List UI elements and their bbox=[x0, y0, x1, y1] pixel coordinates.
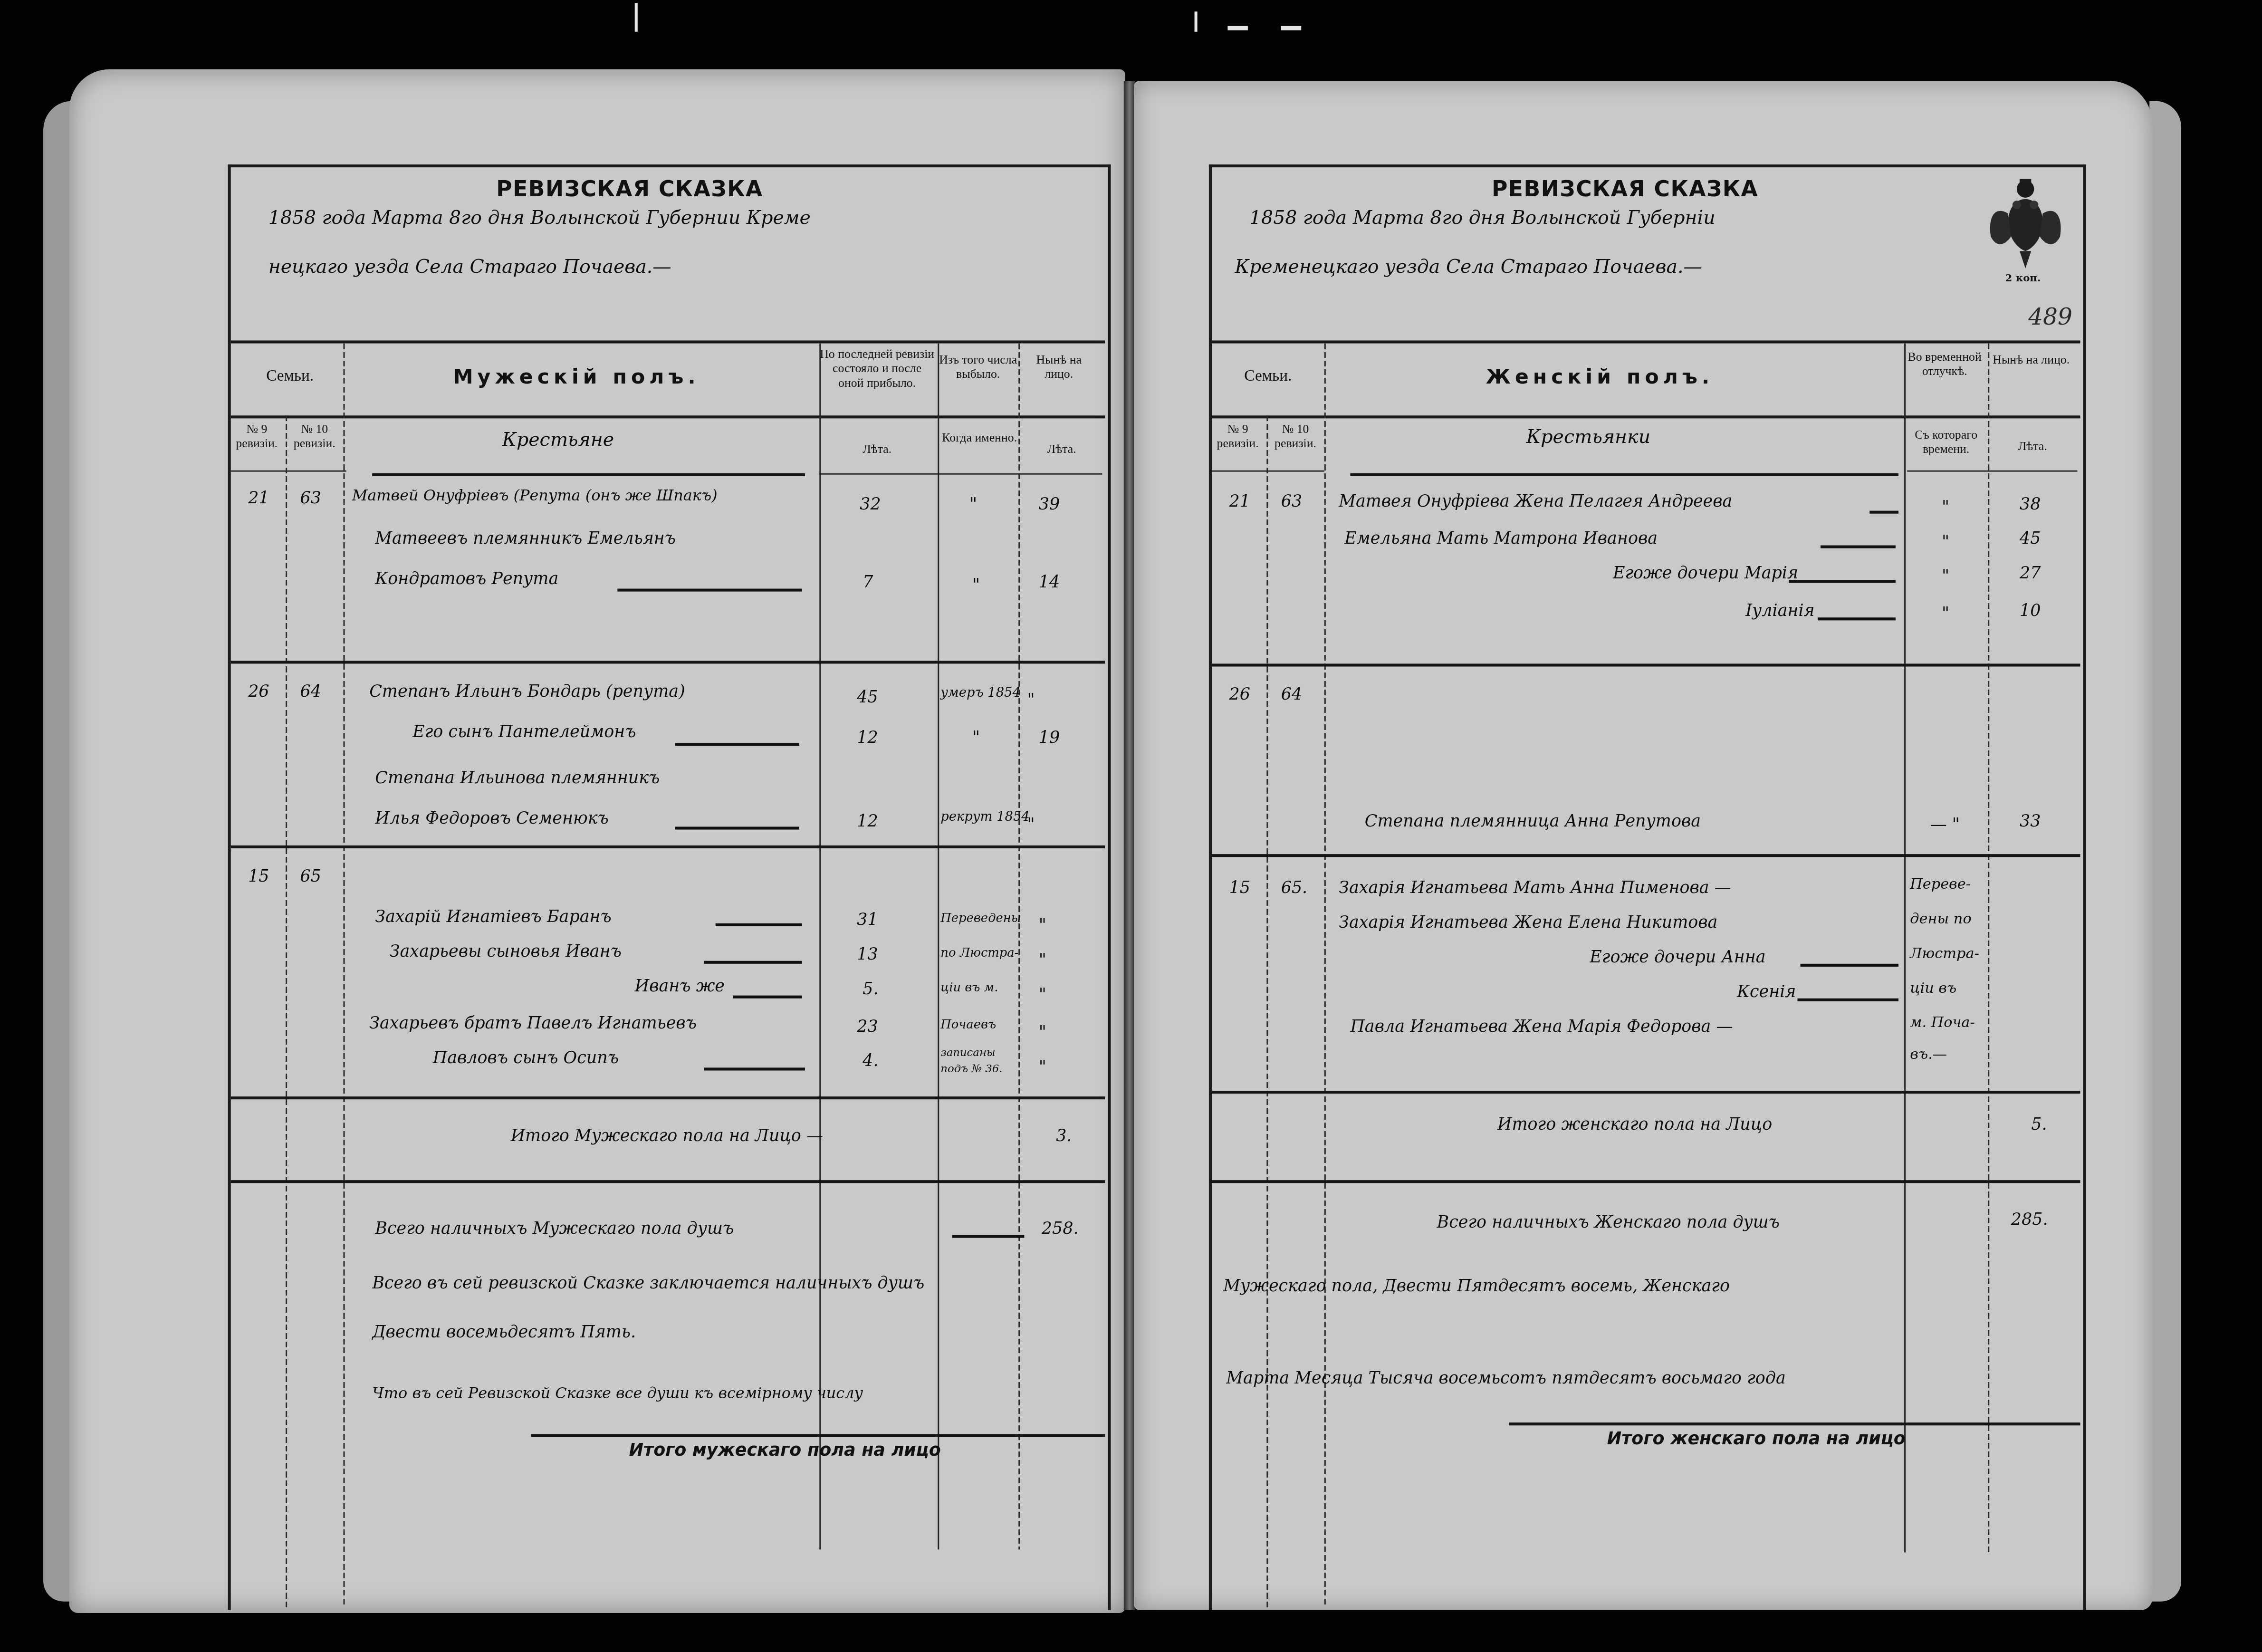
left-note: Почаевъ bbox=[940, 1018, 996, 1033]
fill-dash bbox=[733, 996, 802, 999]
family-no10: 65. bbox=[1281, 877, 1308, 897]
scan-ruler-mark bbox=[1195, 11, 1198, 31]
person-name: Степана племянница Анна Репутова bbox=[1365, 811, 1701, 831]
sub-years: Лѣта. bbox=[1996, 439, 2069, 453]
rule bbox=[231, 471, 346, 472]
subtotal-value: 5. bbox=[2031, 1114, 2047, 1134]
estate-label: Крестьяне bbox=[502, 430, 614, 452]
absence-note: ціи въ bbox=[1910, 981, 1956, 997]
left-count: " bbox=[972, 574, 980, 594]
total-value: 285. bbox=[2011, 1209, 2048, 1229]
rule bbox=[1509, 1422, 2080, 1425]
fill-dash bbox=[1797, 999, 1898, 1001]
rule bbox=[231, 415, 1105, 418]
col-divider bbox=[819, 343, 821, 1549]
rule bbox=[1212, 340, 2080, 343]
person-name: Eгоже дочери Марія bbox=[1613, 563, 1798, 583]
subtotal-value: 3. bbox=[1056, 1125, 1072, 1146]
age-prev: 13 bbox=[857, 943, 878, 963]
family-no9: 21 bbox=[248, 488, 269, 508]
absence-note: Переве- bbox=[1910, 877, 1971, 893]
family-no10: 63 bbox=[300, 488, 321, 508]
family-no10: 65 bbox=[300, 865, 321, 885]
col-divider bbox=[1988, 343, 1989, 1552]
present-age: " bbox=[1039, 1056, 1046, 1076]
rule bbox=[531, 1434, 1105, 1437]
col-divider bbox=[286, 415, 287, 1607]
col-divider bbox=[938, 343, 939, 1549]
imperial-eagle-stamp-icon bbox=[1982, 176, 2069, 271]
left-note: ціи въ м. bbox=[940, 981, 998, 995]
person-name: Ксенія bbox=[1737, 981, 1796, 1001]
absence: — " bbox=[1930, 814, 1960, 834]
sub-no9: № 9 ревизіи. bbox=[231, 421, 283, 450]
age-prev: 32 bbox=[860, 493, 881, 513]
age-prev: 7 bbox=[863, 571, 873, 591]
col-divider bbox=[1904, 343, 1906, 1552]
family-no9: 26 bbox=[248, 681, 269, 701]
header-line-1: 1858 года Марта 8го дня Волынской Губерн… bbox=[1249, 208, 1716, 230]
rule bbox=[819, 473, 1102, 475]
family-divider bbox=[231, 661, 1105, 663]
present-age: " bbox=[1039, 984, 1046, 1004]
col-divider bbox=[1324, 343, 1326, 1607]
person-name: Матвей Онуфріевъ (Репута (онъ же Шпакъ) bbox=[352, 488, 718, 505]
fill-dash bbox=[1789, 580, 1896, 583]
summary-line-2: Двести восемьдесятъ Пять. bbox=[372, 1322, 636, 1342]
fill-dash bbox=[1801, 964, 1898, 967]
left-note: по Люстра- bbox=[940, 946, 1018, 960]
absence: " bbox=[1942, 603, 1949, 623]
fill-dash bbox=[704, 1067, 805, 1070]
left-note: записаны подъ № 36. bbox=[940, 1045, 1018, 1076]
rule bbox=[1907, 471, 2077, 472]
right-page: РЕВИЗСКАЯ СКАЗКА 1858 года Марта 8го дня… bbox=[1134, 81, 2152, 1610]
col-divider bbox=[343, 343, 345, 1607]
age-prev: 12 bbox=[857, 811, 878, 831]
fill-dash bbox=[716, 923, 802, 926]
rule bbox=[231, 340, 1105, 343]
section-title-male: Мужескій полъ. bbox=[453, 366, 700, 390]
person-name: Захарьевъ братъ Павелъ Игнатьевъ bbox=[369, 1013, 697, 1033]
summary-line-1: Мужескаго пола, Двести Пятдесятъ восемь,… bbox=[1223, 1276, 1730, 1296]
col-divider bbox=[1018, 343, 1020, 1549]
fill-dash bbox=[1818, 617, 1896, 620]
left-note: Переведены bbox=[940, 912, 1021, 926]
summary-line-2: Марта Месяца Тысяча восемьсотъ пятдесятъ… bbox=[1226, 1368, 1785, 1388]
family-divider bbox=[231, 845, 1105, 848]
absence: " bbox=[1942, 566, 1949, 586]
sub-since: Съ котораго времени. bbox=[1907, 427, 1985, 456]
fill-dash bbox=[675, 826, 799, 829]
col-families: Семьи. bbox=[1217, 369, 1318, 384]
rule bbox=[1350, 473, 1898, 476]
rule bbox=[1212, 1180, 2080, 1183]
person-name: Емельяна Мать Матрона Иванова bbox=[1344, 528, 1658, 548]
section-title-female: Женскій полъ. bbox=[1486, 366, 1714, 390]
age-prev: 4. bbox=[863, 1050, 878, 1070]
left-note: умеръ 1854 bbox=[940, 687, 1021, 701]
fill-dash bbox=[1869, 511, 1898, 514]
fill-dash bbox=[617, 589, 802, 592]
scan-stage: РЕВИЗСКАЯ СКАЗКА 1858 года Марта 8го дня… bbox=[0, 0, 2262, 1652]
person-name: Степанъ Ильинъ Бондарь (репута) bbox=[369, 681, 685, 701]
col-present: Нынѣ на лицо. bbox=[1991, 352, 2071, 366]
subtotal-label: Итого женскаго пола на Лицо bbox=[1497, 1114, 1772, 1134]
col-of-those-left: Изъ того числа выбыло. bbox=[938, 352, 1018, 381]
col-temp-absence: Во временной отлучкѣ. bbox=[1907, 349, 1982, 378]
age-prev: 23 bbox=[857, 1016, 878, 1036]
person-name: Павла Игнатьева Жена Марія Федорова — bbox=[1350, 1016, 1733, 1036]
person-name: Іуліанія bbox=[1745, 600, 1815, 620]
family-no10: 63 bbox=[1281, 490, 1302, 510]
age-prev: 12 bbox=[857, 727, 878, 747]
folio-number: 489 bbox=[2028, 303, 2072, 330]
person-name: Степана Ильинова племянникъ bbox=[375, 768, 660, 788]
fill-dash bbox=[675, 743, 799, 746]
person-name: Захарія Игнатьева Мать Анна Пименова — bbox=[1339, 877, 1731, 897]
family-no10: 64 bbox=[1281, 684, 1302, 704]
present-age: 39 bbox=[1039, 493, 1060, 513]
sub-years-present: Лѣта. bbox=[1027, 442, 1096, 456]
sub-no9: № 9 ревизіи. bbox=[1212, 421, 1264, 450]
sub-when: Когда именно. bbox=[940, 430, 1018, 444]
person-name: Захарій Игнатіевъ Баранъ bbox=[375, 906, 612, 926]
family-no9: 15 bbox=[1229, 877, 1250, 897]
family-no9: 21 bbox=[1229, 490, 1250, 510]
col-present: Нынѣ на лицо. bbox=[1021, 352, 1096, 381]
person-name: Матвеевъ племянникъ Емельянъ bbox=[375, 528, 676, 548]
fill-dash bbox=[1821, 545, 1896, 548]
fill-dash bbox=[952, 1235, 1025, 1238]
absence: " bbox=[1942, 496, 1949, 516]
present-age: 19 bbox=[1039, 727, 1060, 747]
present-age: 27 bbox=[2020, 563, 2041, 583]
subtotal-label: Итого Мужескаго пола на Лицо — bbox=[511, 1125, 823, 1146]
total-label: Всего наличныхъ Мужескаго пола душъ bbox=[375, 1218, 734, 1238]
col-families: Семьи. bbox=[240, 369, 340, 384]
present-age: " bbox=[1027, 814, 1035, 834]
person-name: Матвея Онуфріева Жена Пелагея Андреева bbox=[1339, 490, 1732, 510]
absence-note: Люстра- bbox=[1910, 946, 1979, 962]
footer-total-male: Итого мужескаго пола на лицо bbox=[629, 1440, 941, 1460]
stamp-value: 2 коп. bbox=[2005, 271, 2041, 284]
header-line-1: 1858 года Марта 8го дня Волынской Губерн… bbox=[268, 208, 811, 230]
header-line-2: Кременецкаго уезда Села Стараго Почаева.… bbox=[1235, 257, 1702, 279]
left-note: рекрут 1854 bbox=[940, 811, 1029, 825]
footer-total-female: Итого женскаго пола на лицо bbox=[1607, 1428, 1906, 1448]
age-prev: 31 bbox=[857, 909, 878, 929]
present-age: 45 bbox=[2020, 528, 2041, 548]
present-age: 33 bbox=[2020, 811, 2041, 831]
family-divider bbox=[1212, 663, 2080, 666]
rule bbox=[231, 1180, 1105, 1183]
left-count: " bbox=[969, 493, 977, 513]
family-divider bbox=[1212, 1091, 2080, 1094]
col-last-revision: По последней ревизіи состояло и после он… bbox=[819, 346, 935, 390]
scan-ruler-mark bbox=[1227, 26, 1247, 30]
scan-ruler-mark bbox=[635, 3, 638, 32]
col-divider bbox=[1266, 415, 1268, 1607]
person-name: Илья Федоровъ Семенюкъ bbox=[375, 808, 609, 828]
sub-no10: № 10 ревизіи. bbox=[286, 421, 343, 450]
present-age: " bbox=[1027, 690, 1035, 710]
book-edge-right bbox=[2149, 101, 2181, 1601]
rule bbox=[1212, 415, 2080, 418]
present-age: " bbox=[1039, 1021, 1046, 1041]
present-age: 10 bbox=[2020, 600, 2041, 620]
present-age: 38 bbox=[2020, 493, 2041, 513]
person-name: Иванъ же bbox=[635, 975, 725, 995]
absence: " bbox=[1942, 531, 1949, 551]
scan-ruler-mark bbox=[1281, 26, 1301, 30]
present-age: " bbox=[1039, 949, 1046, 969]
sub-years: Лѣта. bbox=[834, 442, 920, 456]
family-divider bbox=[1212, 854, 2080, 857]
total-value: 258. bbox=[1042, 1218, 1079, 1238]
age-prev: 45 bbox=[857, 687, 878, 707]
sub-no10: № 10 ревизіи. bbox=[1266, 421, 1324, 450]
person-name: Егоже дочери Анна bbox=[1590, 946, 1765, 966]
person-name: Захарія Игнатьева Жена Елена Никитова bbox=[1339, 912, 1717, 932]
present-age: 14 bbox=[1039, 571, 1060, 591]
form-title: РЕВИЗСКАЯ СКАЗКА bbox=[496, 176, 763, 202]
family-no9: 15 bbox=[248, 865, 269, 885]
absence-note: м. Поча- bbox=[1910, 1016, 1974, 1031]
absence-note: дены по bbox=[1910, 912, 1971, 928]
total-label: Всего наличныхъ Женскаго пола душъ bbox=[1437, 1212, 1780, 1232]
age-prev: 5. bbox=[863, 978, 878, 998]
left-page: РЕВИЗСКАЯ СКАЗКА 1858 года Марта 8го дня… bbox=[69, 69, 1125, 1613]
fill-dash bbox=[704, 961, 802, 964]
family-no10: 64 bbox=[300, 681, 321, 701]
absence-note: въ.— bbox=[1910, 1047, 1947, 1063]
person-name: Захарьевы сыновья Иванъ bbox=[390, 941, 622, 960]
form-title: РЕВИЗСКАЯ СКАЗКА bbox=[1492, 176, 1758, 202]
person-name: Павловъ сынъ Осипъ bbox=[433, 1047, 619, 1067]
present-age: " bbox=[1039, 915, 1046, 935]
family-no9: 26 bbox=[1229, 684, 1250, 704]
header-line-2: нецкаго уезда Села Стараго Почаева.— bbox=[268, 257, 671, 279]
summary-line-3: Что въ сей Ревизской Сказке все души къ … bbox=[372, 1385, 863, 1402]
estate-label: Крестьянки bbox=[1526, 427, 1650, 449]
rule bbox=[372, 473, 805, 476]
person-name: Кондратовъ Репута bbox=[375, 568, 558, 588]
person-name: Его сынъ Пантелеймонъ bbox=[412, 721, 636, 741]
summary-line-1: Всего въ сей ревизской Сказке заключаетс… bbox=[372, 1272, 924, 1292]
left-count: " bbox=[972, 727, 980, 747]
family-divider bbox=[231, 1096, 1105, 1099]
